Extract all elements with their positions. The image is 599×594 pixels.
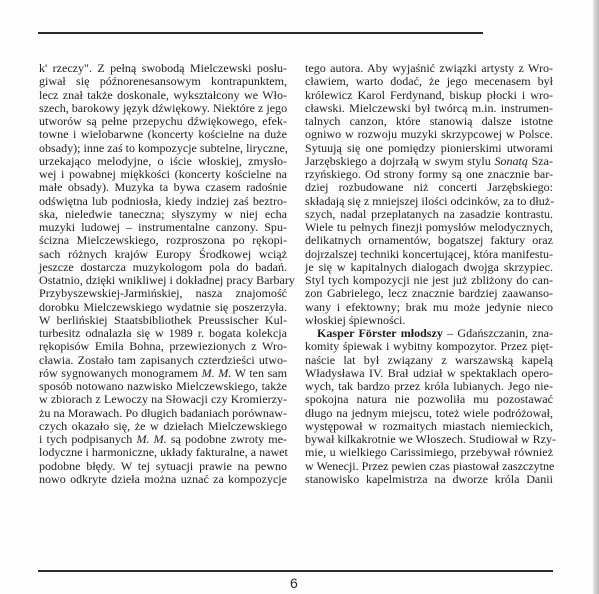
text-line: szech, barokowy język dźwiękowy. Niektór… bbox=[39, 102, 287, 115]
text-line: towne i wielobarwne (koncerty kościelne … bbox=[39, 128, 287, 141]
text-line: i tych podpisanych M. M. są podobne zwro… bbox=[39, 433, 287, 446]
text-line: obsady); inne zaś to kompozycje subtelne… bbox=[39, 142, 287, 155]
text-line: rzyńskiego. Od strony formy są one znacz… bbox=[305, 168, 553, 181]
text-line: w zbiorach z Lewoczy na Słowacji czy Kro… bbox=[39, 393, 287, 406]
text-line: odświętna lub podniosła, kiedy indziej z… bbox=[39, 195, 287, 208]
text-line: Sytuują się one pomiędzy pionierskimi ut… bbox=[305, 142, 553, 155]
text-line: królewicz Karol Ferdynand, biskup płocki… bbox=[305, 89, 553, 102]
text-line: wej i powabnej miękkości (koncerty kości… bbox=[39, 168, 287, 181]
text-line: podobne błędy. W tej sytuacji prawie na … bbox=[39, 460, 287, 473]
text-line: Przybyszewskiej-Jarmińskiej, nasza znajo… bbox=[39, 287, 287, 300]
text-line: Wiele tu pełnych finezji pomysłów melody… bbox=[305, 221, 553, 234]
text-line: sach różnych krajów Europy Środkowej wci… bbox=[39, 248, 287, 261]
text-line: Styl tych kompozycji nie jest już zbliżo… bbox=[305, 274, 553, 287]
text-line: włoskiej śpiewności. bbox=[305, 314, 553, 327]
text-line: ska, nieledwie taneczna; słyszymy w niej… bbox=[39, 208, 287, 221]
text-line: cławski. Mielczewski był twórcą m.in. in… bbox=[305, 102, 553, 115]
text-line: cławia. Zostało tam zapisanych czterdzie… bbox=[39, 354, 287, 367]
text-line: dojrzalszej techniki koncertującej, któr… bbox=[305, 248, 553, 261]
text-line: Jarzębskiego a dojrzałą w swym stylu Son… bbox=[305, 155, 553, 168]
text-line: wych, tak bardzo przez króla lubianych. … bbox=[305, 380, 553, 393]
text-line: giwał się późnorenesansowym kontrapunkte… bbox=[39, 75, 287, 88]
text-line: lecz znał także doskonale, wykształcony … bbox=[39, 89, 287, 102]
text-line: utworów są pełne przepychu dźwiękowego, … bbox=[39, 115, 287, 128]
text-line: sposób notowano nazwisko Mielczewskiego,… bbox=[39, 380, 287, 393]
text-line: Władysława IV. Brał udział w spektaklach… bbox=[305, 367, 553, 380]
text-line: spokojna natura nie pozwoliła mu pozosta… bbox=[305, 393, 553, 406]
text-line: k' rzeczy". Z pełną swobodą Mielczewski … bbox=[39, 62, 287, 75]
text-line: szych, nadal przeplatanych na zasadzie k… bbox=[305, 208, 553, 221]
text-line: rów sygnowanych monogramem M. M. W ten s… bbox=[39, 367, 287, 380]
left-text-column: k' rzeczy". Z pełną swobodą Mielczewski … bbox=[39, 62, 287, 486]
text-line: delikatnych ornamentów, bogatszej faktur… bbox=[305, 234, 553, 247]
text-line: ścizna Mielczewskiego, rozproszona po rę… bbox=[39, 234, 287, 247]
text-line: talnych canzon, które stanowią dalsze is… bbox=[305, 115, 553, 128]
text-line: nowo odkryte dzieła można uznać za kompo… bbox=[39, 473, 287, 486]
bottom-rule bbox=[38, 570, 553, 572]
text-line: żu na Morawach. Po długich badaniach por… bbox=[39, 407, 287, 420]
text-line: dziej rozbudowane niż concerti Jarzębski… bbox=[305, 181, 553, 194]
text-line: występował w rozmaitych miastach niemiec… bbox=[305, 420, 553, 433]
text-line: składają się z mniejszej ilości odcinków… bbox=[305, 195, 553, 208]
text-line: cławiem, warto dodać, że jego mecenasem … bbox=[305, 75, 553, 88]
text-line: je się w kapitalnych dialogach dwojga sk… bbox=[305, 261, 553, 274]
text-line: ogniwo w rozwoju muzyki skrzypcowej w Po… bbox=[305, 128, 553, 141]
page-number: 6 bbox=[290, 575, 298, 591]
text-line: wany i efektowny; brak mu może jedynie n… bbox=[305, 301, 553, 314]
text-line: zon Gabrielego, lecz znacznie bardziej z… bbox=[305, 287, 553, 300]
text-line: tego autora. Aby wyjaśnić związki artyst… bbox=[305, 62, 553, 75]
text-line: komity śpiewak i wybitny kompozytor. Prz… bbox=[305, 340, 553, 353]
text-line: lodyczne i harmoniczne, układy fakturaln… bbox=[39, 446, 287, 459]
text-line: czych okazało się, że w dziełach Mielcze… bbox=[39, 420, 287, 433]
right-text-column: tego autora. Aby wyjaśnić związki artyst… bbox=[305, 62, 553, 486]
text-line: jeszcze dostarcza muzykologom pola do ba… bbox=[39, 261, 287, 274]
text-line: dorobku Mielczewskiego wydatnie się posz… bbox=[39, 301, 287, 314]
text-line: rękopisów Emila Bohna, przewiezionych z … bbox=[39, 340, 287, 353]
text-line: Ostatnio, dzięki wnikliwej i dokładnej p… bbox=[39, 274, 287, 287]
text-line: urzekająco melodyjne, o iście włoskiej, … bbox=[39, 155, 287, 168]
text-line: długo na jednym miejscu, toteż wiele pod… bbox=[305, 407, 553, 420]
text-line: małe obsady). Muzyka ta bywa czasem rado… bbox=[39, 181, 287, 194]
page-edge-shadow bbox=[593, 0, 599, 594]
text-line: turbesitz odnalazła się w 1989 r. bogata… bbox=[39, 327, 287, 340]
text-line: muzyki ludowej – instrumentalne canzony.… bbox=[39, 221, 287, 234]
text-line: stanowisko kapelmistrza na dworze króla … bbox=[305, 473, 553, 486]
text-line: w Wenecji. Przez pewien czas piastował z… bbox=[305, 460, 553, 473]
text-line: naście lat był związany z warszawską kap… bbox=[305, 354, 553, 367]
text-line: mie, u wielkiego Carissimiego, przebywał… bbox=[305, 446, 553, 459]
text-line: bywał kilkakrotnie we Włoszech. Studiowa… bbox=[305, 433, 553, 446]
text-line: W berlińskiej Staatsbibliothek Preussisc… bbox=[39, 314, 287, 327]
top-rule bbox=[38, 32, 483, 34]
section-heading-line: Kasper Förster młodszy – Gdańszczanin, z… bbox=[305, 327, 553, 340]
